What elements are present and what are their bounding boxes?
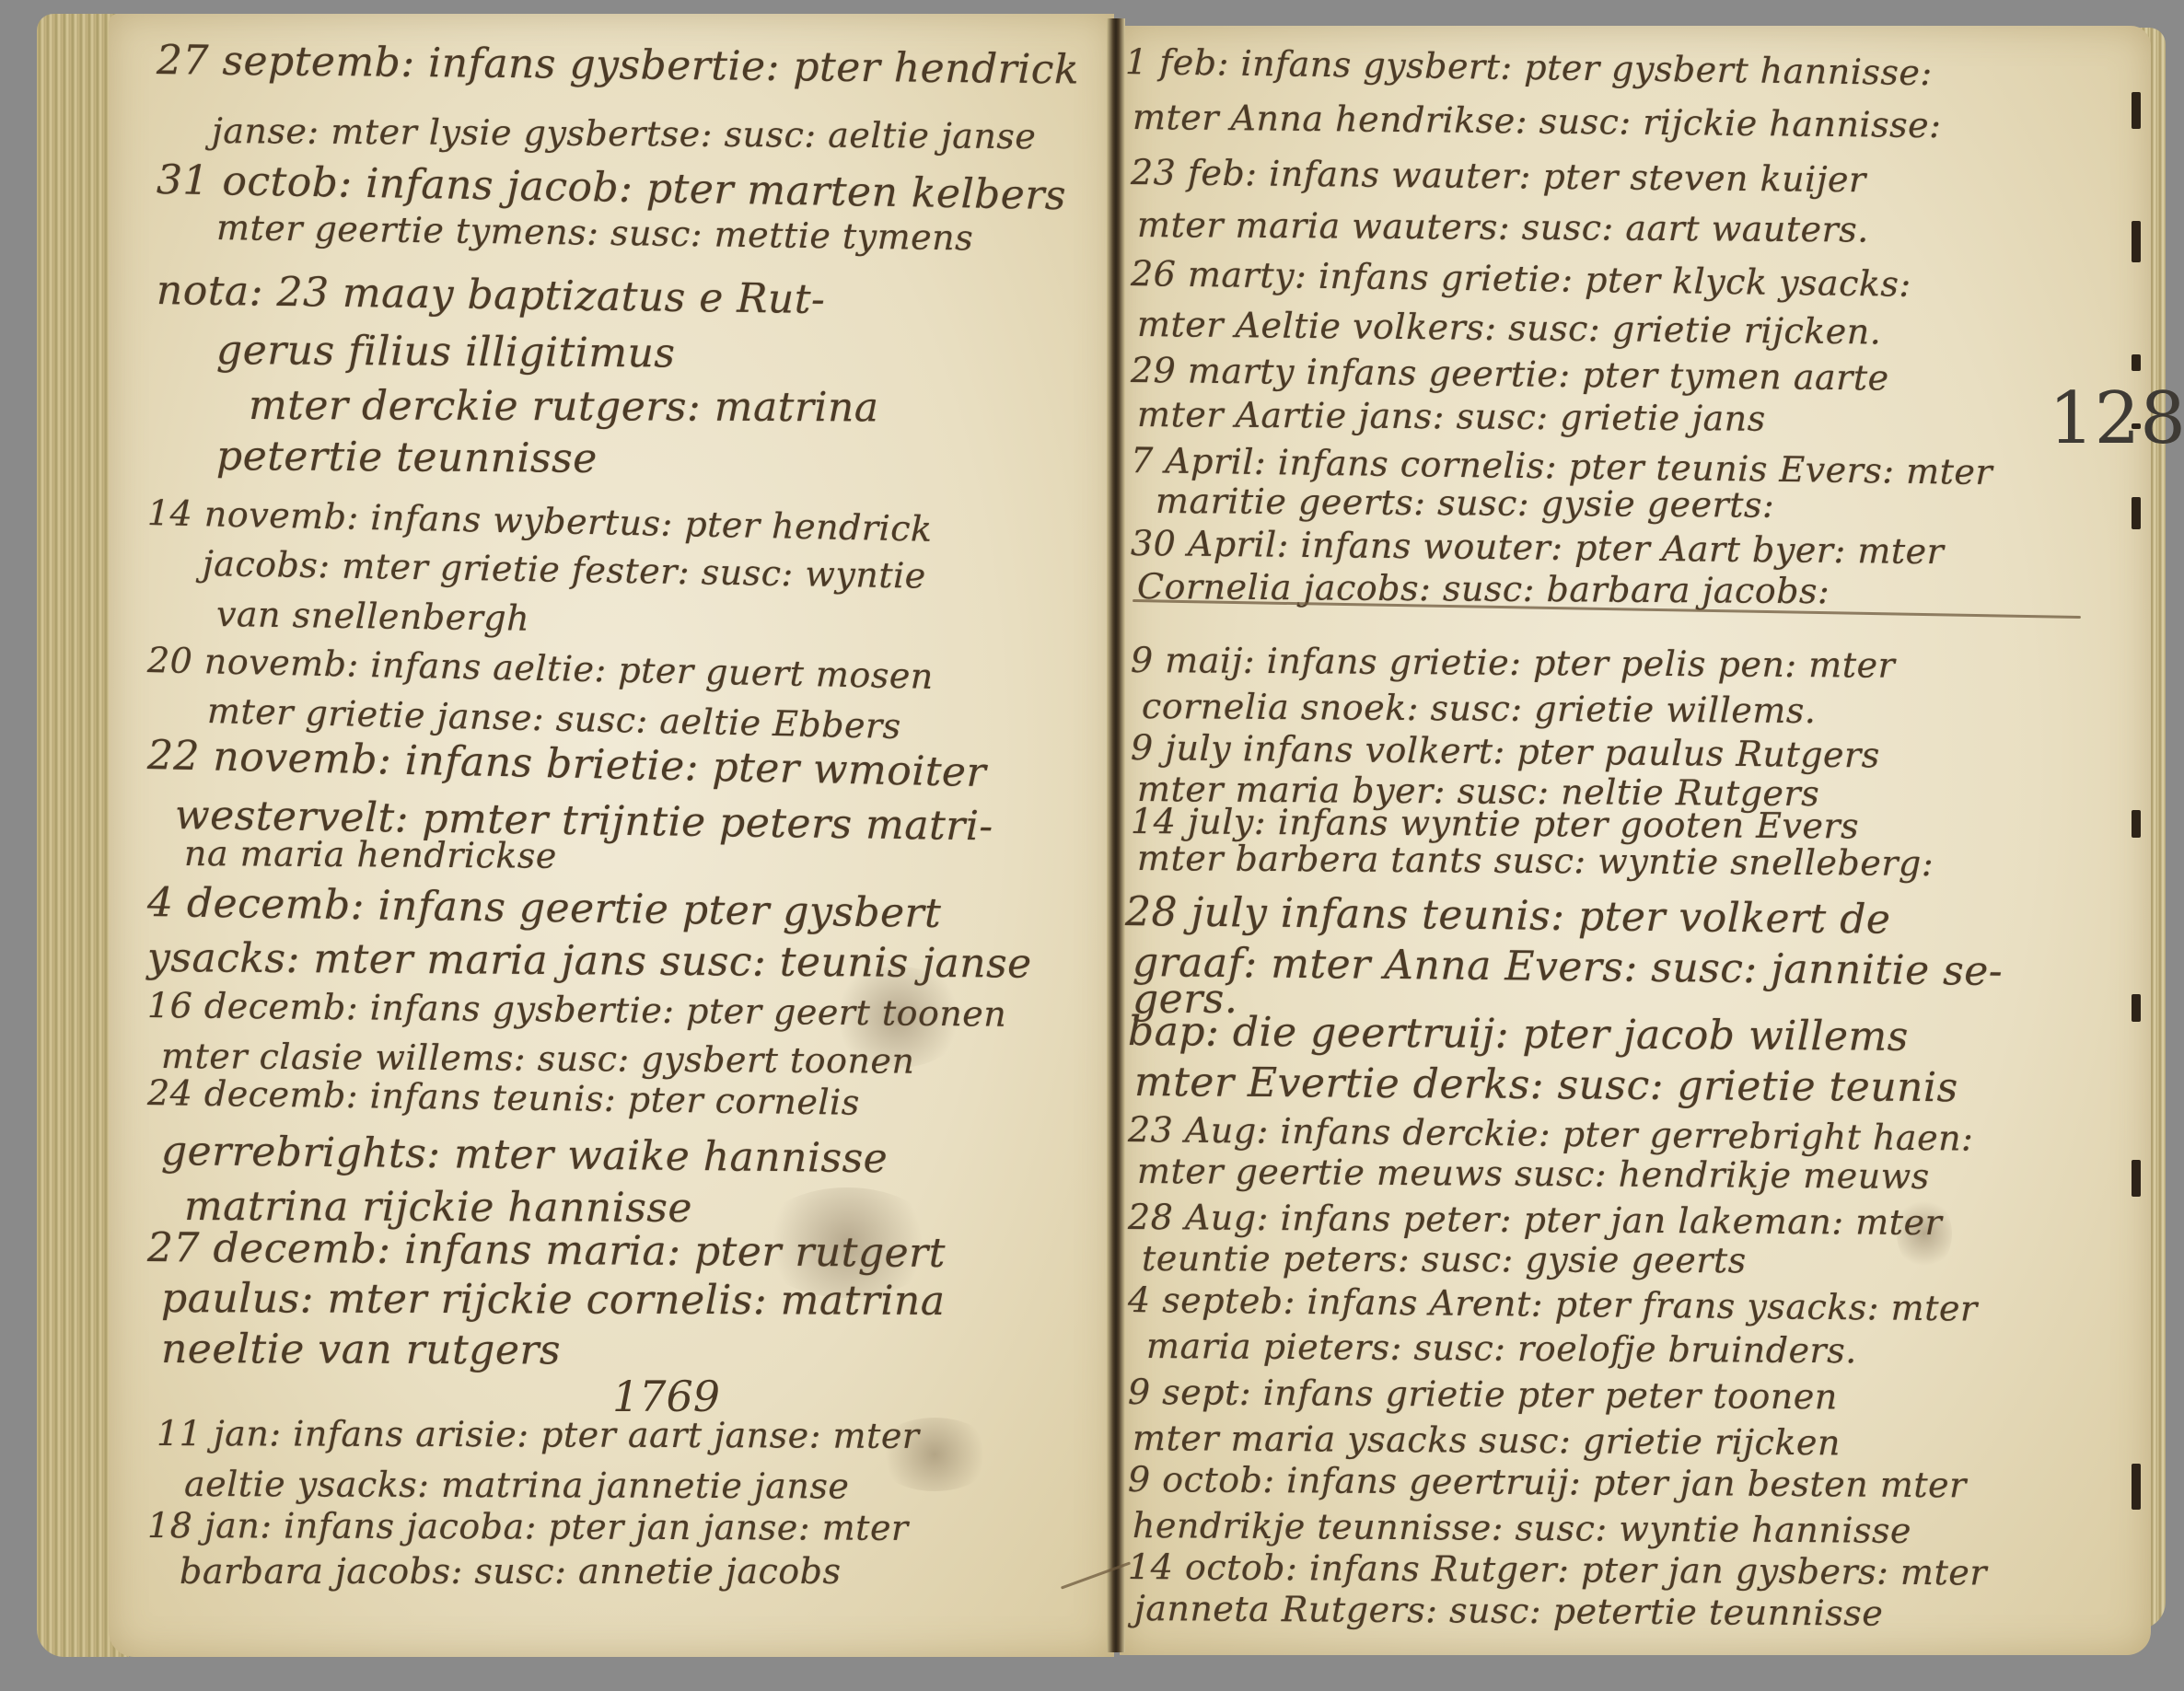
register-line: na maria hendrickse bbox=[184, 833, 557, 876]
register-line: 18 jan: infans jacoba: pter jan janse: m… bbox=[147, 1505, 909, 1548]
register-line: maria pieters: susc: roelofje bruinders. bbox=[1146, 1326, 1857, 1371]
margin-mark bbox=[2132, 354, 2141, 371]
margin-mark bbox=[2132, 1160, 2141, 1197]
register-line: mter maria wauters: susc: aart wauters. bbox=[1137, 204, 1869, 250]
register-line: 9 july infans volkert: pter paulus Rutge… bbox=[1131, 727, 1880, 776]
register-line: 9 octob: infans geertruij: pter jan best… bbox=[1128, 1459, 1967, 1505]
register-line: cornelia snoek: susc: grietie willems. bbox=[1142, 686, 1817, 731]
register-line: 28 july infans teunis: pter volkert de bbox=[1125, 888, 1891, 944]
margin-mark bbox=[2132, 221, 2141, 262]
open-book: 27 septemb: infans gysbertie: pter hendr… bbox=[0, 0, 2184, 1691]
register-line: 11 jan: infans arisie: pter aart janse: … bbox=[157, 1413, 920, 1456]
register-line: mter maria ysacks susc: grietie rijcken bbox=[1133, 1418, 1841, 1463]
page-number: 128 bbox=[2049, 377, 2184, 460]
margin-mark bbox=[2132, 497, 2141, 529]
register-line: mter barbera tants susc: wyntie snellebe… bbox=[1137, 838, 1934, 884]
register-line: mter Aeltie volkers: susc: grietie rijck… bbox=[1137, 304, 1882, 352]
register-line: 29 marty infans geertie: pter tymen aart… bbox=[1131, 350, 1889, 399]
register-line: van snellenbergh bbox=[216, 594, 530, 639]
register-line: gerus filius illigitimus bbox=[216, 327, 676, 376]
register-line: 27 decemb: infans maria: pter rutgert bbox=[147, 1224, 946, 1277]
register-line: 23 feb: infans wauter: pter steven kuije… bbox=[1131, 152, 1866, 200]
register-line: 30 April: infans wouter: pter Aart byer:… bbox=[1131, 523, 1945, 572]
register-line: nota: 23 maay baptizatus e Rut- bbox=[157, 267, 826, 323]
register-line: 28 Aug: infans peter: pter jan lakeman: … bbox=[1128, 1197, 1943, 1243]
register-line: 27 septemb: infans gysbertie: pter hendr… bbox=[157, 37, 1080, 93]
margin-mark bbox=[2132, 1464, 2141, 1510]
register-line: mter derckie rutgers: matrina bbox=[249, 382, 879, 431]
register-line: ysacks: mter maria jans susc: teunis jan… bbox=[147, 934, 1032, 988]
register-line: hendrikje teunnisse: susc: wyntie hannis… bbox=[1133, 1505, 1911, 1551]
book-gutter bbox=[1107, 18, 1125, 1652]
register-line: teuntie peters: susc: gysie geerts bbox=[1142, 1238, 1747, 1280]
register-line: bap: die geertruij: pter jacob willems bbox=[1128, 1008, 1909, 1060]
register-line: petertie teunnisse bbox=[216, 433, 598, 482]
register-line: janneta Rutgers: susc: petertie teunniss… bbox=[1134, 1588, 1884, 1634]
margin-mark bbox=[2132, 92, 2141, 129]
register-line: 14 octob: infans Rutger: pter jan gysber… bbox=[1128, 1546, 1987, 1593]
register-line: barbara jacobs: susc: annetie jacobs bbox=[180, 1551, 841, 1592]
register-line: paulus: mter rijckie cornelis: matrina bbox=[161, 1275, 946, 1325]
register-line: maritie geerts: susc: gysie geerts: bbox=[1156, 481, 1775, 526]
register-line: aeltie ysacks: matrina jannetie janse bbox=[184, 1464, 850, 1507]
register-line: graaf: mter Anna Evers: susc: jannitie s… bbox=[1133, 939, 2004, 995]
register-line: mter geertie meuws susc: hendrikje meuws bbox=[1137, 1151, 1930, 1197]
register-line: mter Anna hendrikse: susc: rijckie hanni… bbox=[1133, 97, 1942, 145]
register-line: mter Evertie derks: susc: grietie teunis bbox=[1134, 1059, 1958, 1111]
register-line: janse: mter lysie gysbertse: susc: aelti… bbox=[212, 110, 1037, 156]
register-line: 9 maij: infans grietie: pter pelis pen: … bbox=[1131, 640, 1896, 686]
register-line: gerrebrights: mter waike hannisse bbox=[161, 1128, 889, 1182]
register-line: 9 sept: infans grietie pter peter toonen bbox=[1128, 1372, 1838, 1417]
margin-mark bbox=[2132, 810, 2141, 838]
register-line: mter Aartie jans: susc: grietie jans bbox=[1137, 394, 1766, 439]
margin-mark bbox=[2132, 994, 2141, 1022]
register-line: neeltie van rutgers bbox=[161, 1326, 561, 1374]
